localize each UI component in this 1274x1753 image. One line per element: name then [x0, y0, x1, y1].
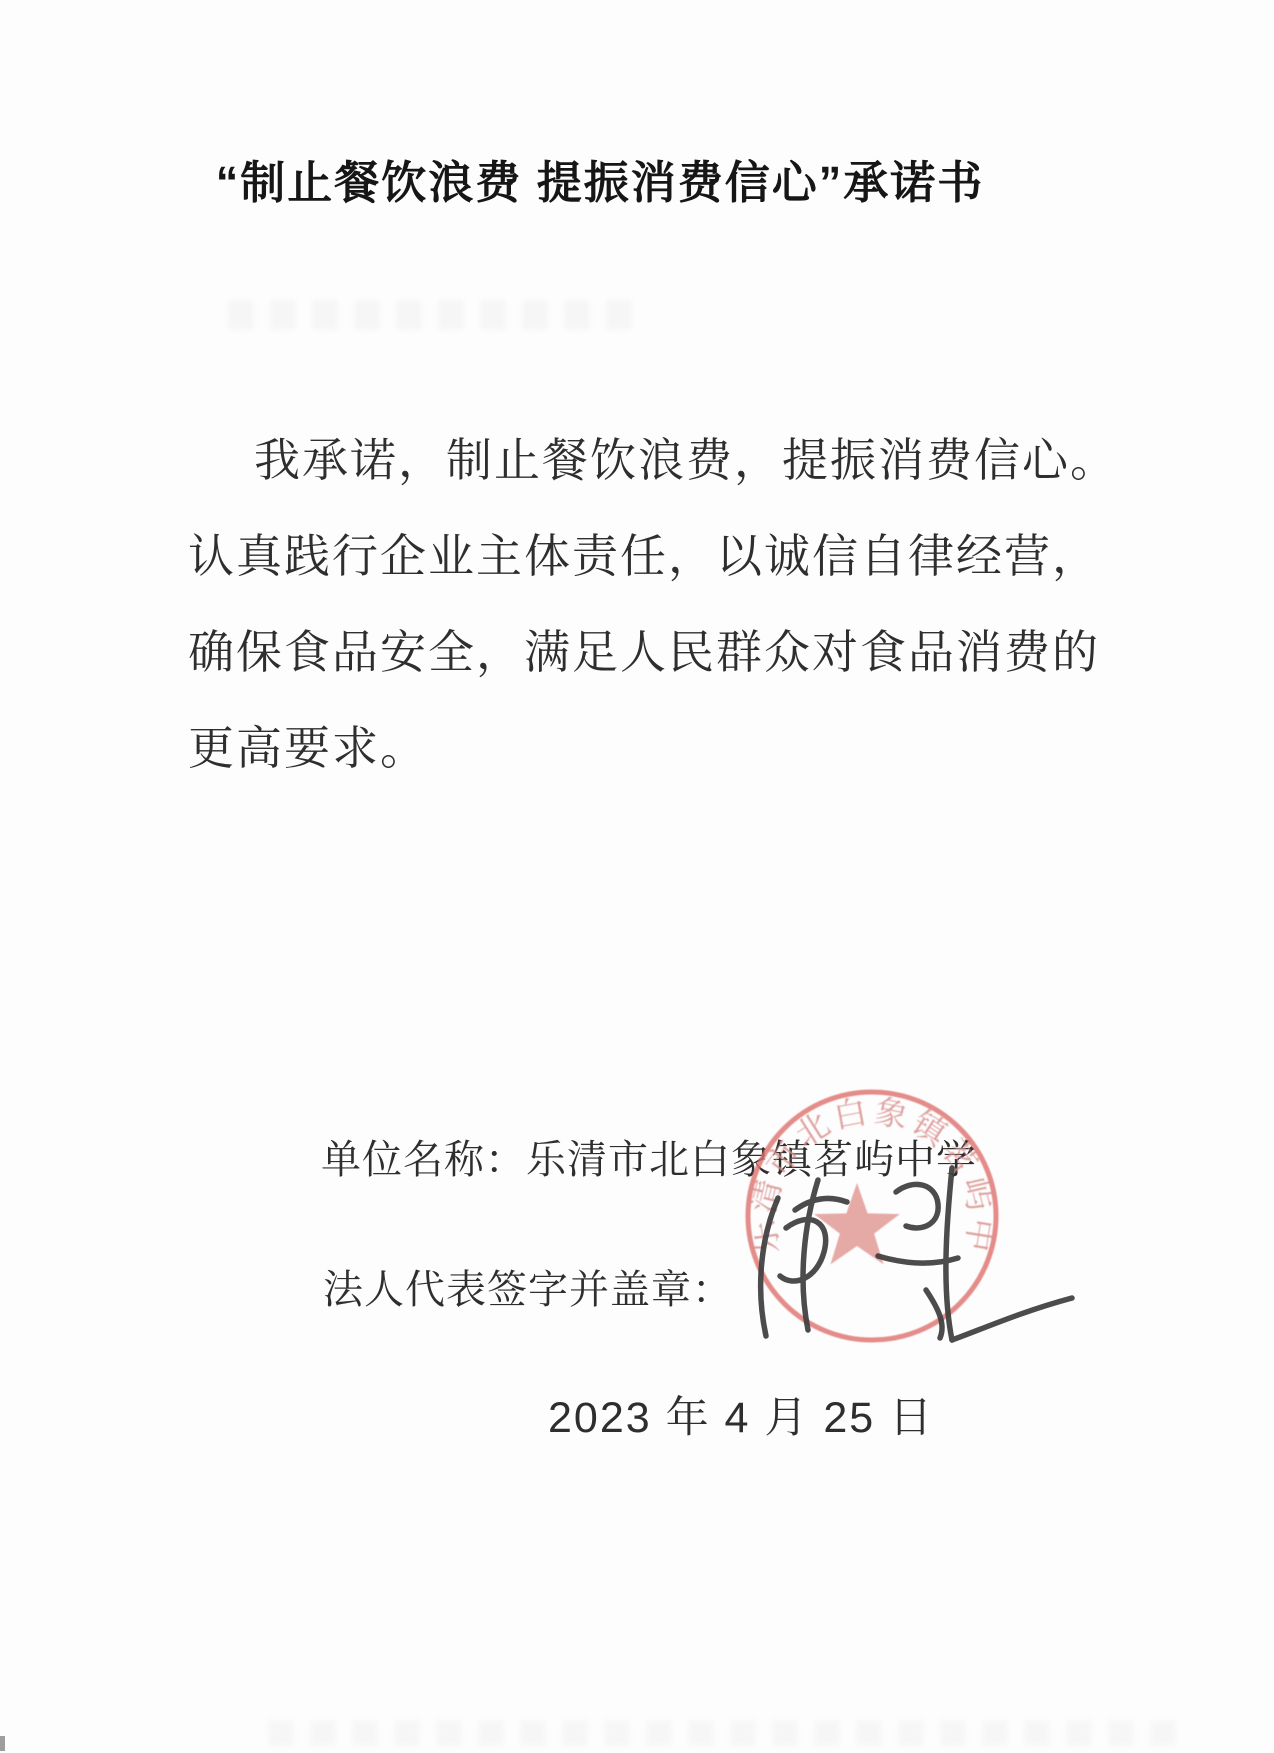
legal-rep-label: 法人代表签字并盖章：: [323, 1268, 733, 1312]
signature-stroke: [761, 1198, 778, 1336]
scanned-commitment-letter-page: “制止餐饮浪费 提振消费信心”承诺书 我承诺，制止餐饮浪费，提振消费信心。 认真…: [0, 0, 1274, 1753]
body-line: 我承诺，制止餐饮浪费，提振消费信心。: [188, 412, 1018, 508]
signature-scribble: [700, 1140, 1100, 1370]
signature-stroke: [926, 1290, 942, 1338]
document-title: “制止餐饮浪费 提振消费信心”承诺书: [140, 146, 1060, 211]
scan-corner-mark: [0, 1736, 5, 1751]
body-line: 确保食品安全，满足人民群众对食品消费的: [188, 604, 1018, 700]
unit-name-label: 单位名称：: [321, 1138, 526, 1182]
body-line: 更高要求。: [188, 700, 1018, 796]
signature-stroke: [946, 1168, 952, 1340]
body-line: 认真践行企业主体责任，以诚信自律经营，: [188, 508, 1018, 604]
date-line: 2023 年 4 月 25 日: [548, 1384, 934, 1445]
signature-stroke: [896, 1184, 938, 1228]
signature-stroke: [795, 1198, 847, 1210]
legal-rep-line: 法人代表签字并盖章：: [323, 1258, 733, 1315]
ghost-text-artifact-top: [228, 300, 648, 330]
ghost-text-artifact-bottom: [268, 1720, 1178, 1746]
signature-stroke: [952, 1298, 1072, 1340]
body-paragraph: 我承诺，制止餐饮浪费，提振消费信心。 认真践行企业主体责任，以诚信自律经营， 确…: [188, 412, 1018, 796]
